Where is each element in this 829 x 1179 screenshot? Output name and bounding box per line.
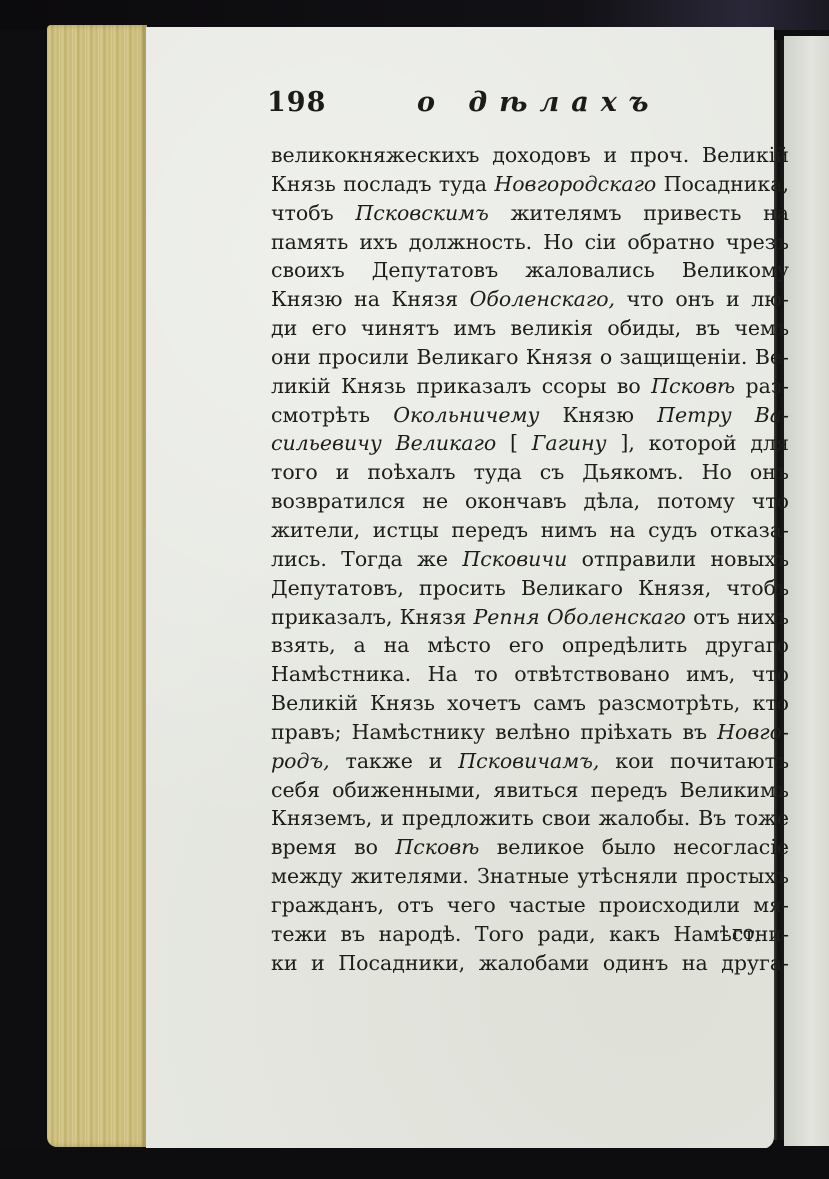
word: обиженными,: [332, 776, 481, 805]
text-line: тогоипоѣхалътудасъДьякомъ.Ноонъ: [271, 458, 789, 487]
italic-word: Ва-: [755, 401, 789, 430]
word: чинятъ: [361, 314, 439, 343]
word: отъ: [693, 603, 730, 632]
word: Знатные: [477, 862, 569, 891]
word: привесть: [643, 199, 741, 228]
word: своихъ: [271, 256, 345, 285]
word: Великимъ: [680, 776, 789, 805]
italic-word: Окольничему: [393, 401, 539, 430]
word: какъ: [609, 920, 660, 949]
text-line: великокняжескихъдоходовъипроч.Великій: [271, 141, 789, 170]
word: Дьякомъ.: [582, 458, 683, 487]
word: Великаго: [521, 574, 623, 603]
text-line: смотрѣтьОкольничемуКнязюПетруВа-: [271, 401, 789, 430]
italic-word: Новго-: [717, 718, 789, 747]
word: также: [345, 747, 412, 776]
word: кои: [615, 747, 654, 776]
word: смотрѣть: [271, 401, 370, 430]
word: того: [271, 458, 318, 487]
word: На: [428, 660, 458, 689]
text-line: жители,истцыпередънимънасудъотказа-: [271, 516, 789, 545]
word: Посадника,: [664, 170, 789, 199]
word: происходили: [599, 891, 740, 920]
word: Депутатовъ,: [271, 574, 404, 603]
word: друга-: [721, 949, 789, 978]
word: свои: [542, 804, 591, 833]
italic-word: Великаго: [396, 429, 497, 458]
word: время: [271, 833, 337, 862]
word: на: [610, 516, 636, 545]
word: не: [422, 487, 448, 516]
word: проч.: [630, 141, 689, 170]
word: во: [617, 372, 641, 401]
word: для: [750, 429, 789, 458]
word: нимъ: [541, 516, 597, 545]
book-fore-edge: [47, 25, 147, 1147]
word: несогласіе: [673, 833, 789, 862]
italic-word: Псковскимъ: [355, 199, 488, 228]
word: раз-: [746, 372, 789, 401]
word: окончавъ: [465, 487, 567, 516]
word: приказалъ,: [271, 603, 392, 632]
text-line: своихъДепутатовъжаловалисьВеликому: [271, 256, 789, 285]
word: въ: [340, 920, 365, 949]
word: и: [604, 141, 618, 170]
word: о: [600, 343, 612, 372]
word: ссоры: [542, 372, 607, 401]
word: передъ: [591, 776, 668, 805]
word: Князь: [341, 372, 406, 401]
text-line: чтобъПсковскимъжителямъпривестьна: [271, 199, 789, 228]
word: простыхъ: [686, 862, 789, 891]
word: мѣсто: [427, 631, 490, 660]
word: потому: [657, 487, 735, 516]
word: себя: [271, 776, 320, 805]
italic-word: Псковѣ: [395, 833, 479, 862]
text-line: Депутатовъ,проситьВеликагоКнязя,чтобъ: [271, 574, 789, 603]
word: нихъ: [737, 603, 789, 632]
text-line: кииПосадники,жалобамиодинънадруга-: [271, 949, 789, 978]
word: Тогда: [341, 545, 403, 574]
word: Но: [543, 228, 573, 257]
word: жители,: [271, 516, 360, 545]
word: Великій: [702, 141, 789, 170]
text-line: приказалъ,КнязяРепняОболенскагоотънихъ: [271, 603, 789, 632]
word: чтобъ: [726, 574, 789, 603]
italic-word: Псковичи: [462, 545, 567, 574]
text-line: онипросилиВеликагоКнязяозащищеніи.Ве-: [271, 343, 789, 372]
word: дѣла,: [583, 487, 640, 516]
word: опредѣлить: [562, 631, 687, 660]
text-line: гражданъ,отъчегочастыепроисходилимя-: [271, 891, 789, 920]
word: имъ: [454, 314, 497, 343]
word: ди: [271, 314, 297, 343]
word: его: [312, 314, 347, 343]
word: приказалъ: [416, 372, 531, 401]
text-line: Княземъ,ипредложитьсвоижалобы.Вътоже: [271, 804, 789, 833]
word: ихъ: [359, 228, 397, 257]
word: посладъ: [343, 170, 431, 199]
word: на: [384, 631, 410, 660]
word: Великому: [682, 256, 789, 285]
italic-word: Петру: [657, 401, 731, 430]
word: предложить: [402, 804, 534, 833]
italic-word: Оболенскаго: [547, 603, 686, 632]
word: взять,: [271, 631, 336, 660]
word: съ: [540, 458, 565, 487]
word: поѣхалъ: [367, 458, 455, 487]
word: ки: [271, 949, 297, 978]
text-line: себяобиженными,явитьсяпередъВеликимъ: [271, 776, 789, 805]
word: имъ,: [686, 660, 735, 689]
word: Великаго: [416, 343, 518, 372]
word: было: [602, 833, 656, 862]
word: кто: [753, 689, 790, 718]
word: Князю: [271, 285, 343, 314]
text-line: диегочинятъимъвеликіяобиды,въчемъ: [271, 314, 789, 343]
word: Въ: [698, 804, 726, 833]
word: и: [429, 747, 443, 776]
word: защищеніи.: [620, 343, 748, 372]
text-line: времявоПсковѣвеликоебылонесогласіе: [271, 833, 789, 862]
word: просить: [419, 574, 506, 603]
word: его: [509, 631, 544, 660]
word: доходовъ: [492, 141, 590, 170]
italic-word: Псковѣ: [651, 372, 735, 401]
text-line: теживънародѣ.Тогоради,какъНамѣстни-: [271, 920, 789, 949]
word: онъ: [750, 458, 789, 487]
word: Князю: [562, 401, 634, 430]
word: то: [474, 660, 498, 689]
word: между: [271, 862, 343, 891]
text-line: правъ;НамѣстникувелѣнопріѣхатьвъНовго-: [271, 718, 789, 747]
italic-word: Гагину: [532, 429, 607, 458]
word: Посадники,: [338, 949, 465, 978]
word: отъ: [397, 891, 434, 920]
text-line: памятьихъдолжность.Носіиобратночрезъ: [271, 228, 789, 257]
word: туда: [439, 170, 487, 199]
word: велѣно: [495, 718, 570, 747]
word: лись.: [271, 545, 327, 574]
word: на: [763, 199, 789, 228]
text-line: возвратилсянеокончавъдѣла,потомучто: [271, 487, 789, 516]
word: лю-: [751, 285, 789, 314]
word: судъ: [648, 516, 697, 545]
word: и: [311, 949, 325, 978]
word: разсмотрѣть,: [598, 689, 740, 718]
word: Князя: [400, 603, 467, 632]
word: Князя: [391, 285, 458, 314]
text-line: сильевичуВеликаго[Гагину],которойдля: [271, 429, 789, 458]
word: хочетъ: [447, 689, 521, 718]
word: Ве-: [755, 343, 789, 372]
word: на: [682, 949, 708, 978]
word: ради,: [538, 920, 596, 949]
word: великія: [510, 314, 593, 343]
text-line: ликійКнязьприказалъссорывоПсковѣраз-: [271, 372, 789, 401]
word: отказа-: [710, 516, 789, 545]
word: и: [336, 458, 350, 487]
word: чемъ: [734, 314, 789, 343]
word: Того: [475, 920, 524, 949]
italic-word: сильевичу: [271, 429, 382, 458]
word: гражданъ,: [271, 891, 384, 920]
word: что: [752, 487, 789, 516]
word: чтобъ: [271, 199, 334, 228]
word: жаловались: [525, 256, 655, 285]
word: мя-: [753, 891, 789, 920]
word: тежи: [271, 920, 327, 949]
word: великое: [497, 833, 585, 862]
word: а: [354, 631, 366, 660]
word: они: [271, 343, 311, 372]
word: жителями.: [351, 862, 469, 891]
word: обратно: [627, 228, 714, 257]
word: же: [417, 545, 448, 574]
word: Намѣстника.: [271, 660, 411, 689]
word: одинъ: [603, 949, 668, 978]
page-header: 198 о дѣлахъ: [267, 87, 787, 123]
word: жалобами: [479, 949, 590, 978]
text-line: КнязюнаКнязяОболенскаго,чтоонъилю-: [271, 285, 789, 314]
word: Князь: [370, 689, 435, 718]
scan-background-bottom: [0, 1148, 829, 1179]
word: во: [354, 833, 378, 862]
word: утѣсняли: [577, 862, 678, 891]
word: Князя,: [638, 574, 711, 603]
catchword: го,: [732, 920, 761, 944]
italic-word: родъ,: [271, 747, 330, 776]
word: чрезъ: [726, 228, 789, 257]
word: тоже: [734, 804, 789, 833]
italic-word: Псковичамъ,: [458, 747, 599, 776]
word: правъ;: [271, 718, 342, 747]
word: новыхъ: [711, 545, 789, 574]
italic-word: Оболенскаго,: [470, 285, 616, 314]
word: жалобы.: [599, 804, 691, 833]
word: Князя: [526, 343, 593, 372]
adjacent-page-edge: [784, 36, 829, 1146]
running-head: о дѣлахъ: [417, 87, 661, 118]
word: и: [380, 804, 394, 833]
word: Великій: [271, 689, 358, 718]
text-line: КнязьпосладътудаНовгородскагоПосадника,: [271, 170, 789, 199]
text-line: родъ,такжеиПсковичамъ,коипочитаютъ: [271, 747, 789, 776]
word: туда: [474, 458, 522, 487]
word: въ: [695, 314, 720, 343]
word: истцы: [373, 516, 439, 545]
word: и: [726, 285, 740, 314]
word: ],: [620, 429, 635, 458]
word: самъ: [533, 689, 586, 718]
word: пріѣхать: [580, 718, 672, 747]
word: обиды,: [607, 314, 681, 343]
text-line: взять,анамѣстоегоопредѣлитьдругаго: [271, 631, 789, 660]
word: другаго: [705, 631, 789, 660]
word: народѣ.: [379, 920, 462, 949]
word: которой: [649, 429, 737, 458]
text-line: ВеликійКнязьхочетъсамъразсмотрѣть,кто: [271, 689, 789, 718]
word: память: [271, 228, 348, 257]
word: передъ: [451, 516, 528, 545]
italic-word: Новгородскаго: [494, 170, 656, 199]
word: что: [752, 660, 789, 689]
word: должность.: [409, 228, 532, 257]
text-line: междужителями.Знатныеутѣснялипростыхъ: [271, 862, 789, 891]
word: возвратился: [271, 487, 405, 516]
word: въ: [682, 718, 707, 747]
word: жителямъ: [511, 199, 622, 228]
italic-word: Репня: [473, 603, 539, 632]
word: Но: [702, 458, 732, 487]
word: явиться: [493, 776, 578, 805]
word: Князь: [271, 170, 336, 199]
text-line: Намѣстника.Натоотвѣтствованоимъ,что: [271, 660, 789, 689]
body-text: великокняжескихъдоходовъипроч.ВеликійКня…: [271, 141, 789, 977]
word: частые: [509, 891, 586, 920]
word: почитаютъ: [670, 747, 789, 776]
word: сіи: [585, 228, 617, 257]
word: на: [354, 285, 380, 314]
word: отправили: [582, 545, 697, 574]
word: ликій: [271, 372, 331, 401]
word: онъ: [675, 285, 714, 314]
word: Депутатовъ: [372, 256, 498, 285]
text-line: лись.ТогдажеПсковичиотправилиновыхъ: [271, 545, 789, 574]
word: Намѣстнику: [352, 718, 485, 747]
word: Княземъ,: [271, 804, 372, 833]
word: [: [510, 429, 518, 458]
page-number: 198: [267, 87, 326, 118]
word: что: [627, 285, 664, 314]
word: чего: [447, 891, 496, 920]
word: великокняжескихъ: [271, 141, 479, 170]
word: просили: [318, 343, 409, 372]
word: отвѣтствовано: [514, 660, 669, 689]
